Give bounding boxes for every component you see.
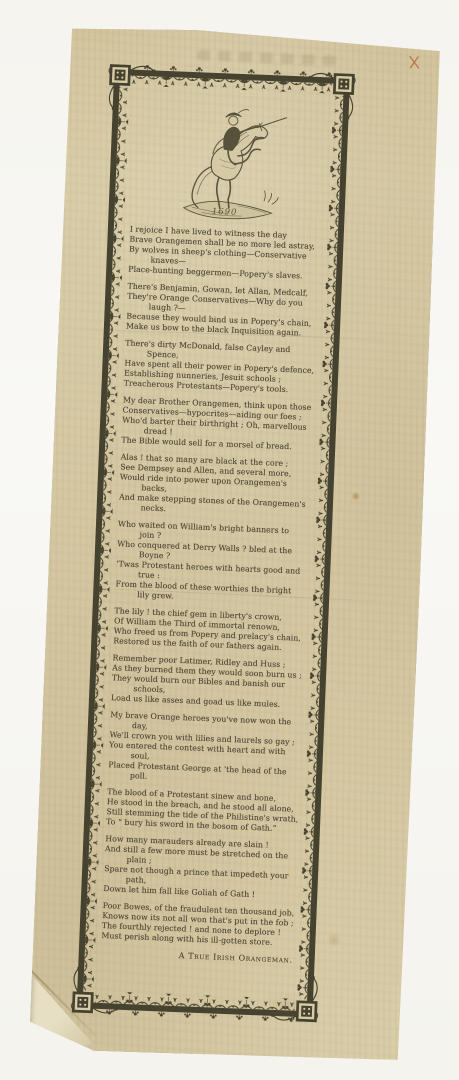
broadside-sheet: 1690 I rejoice I have lived to witness t… bbox=[29, 25, 442, 1063]
red-x-mark bbox=[407, 55, 421, 71]
stanza: My dear Brother Orangemen, think upon th… bbox=[121, 395, 337, 454]
stanza: There's dirty McDonald, false Cayley and… bbox=[123, 338, 339, 397]
stanza: The lily ! the chief gem in liberty's cr… bbox=[113, 606, 328, 655]
stanza: Alas ! that so many are black at the cor… bbox=[118, 452, 334, 521]
stanza: I rejoice I have lived to witness the da… bbox=[128, 225, 344, 284]
scanned-broadside-image: 1690 I rejoice I have lived to witness t… bbox=[0, 0, 459, 1080]
william-horseman-engraving: 1690 bbox=[164, 85, 296, 230]
stanza: The blood of a Protestant sinew and bone… bbox=[106, 787, 321, 836]
foxing-stain bbox=[326, 932, 342, 948]
stanza: Remember poor Latimer, Ridley and Huss ;… bbox=[111, 653, 327, 712]
stanza: My brave Orange heroes you've now won th… bbox=[108, 710, 325, 789]
show-through-marks bbox=[197, 50, 337, 66]
stanza: There's Benjamin, Gowan, let Allan, Medc… bbox=[126, 282, 342, 341]
stanza: How many marauders already are slain !An… bbox=[103, 834, 319, 903]
stanza: Who waited on William's bright banners t… bbox=[115, 519, 332, 608]
poem-text: I rejoice I have lived to witness the da… bbox=[101, 225, 344, 966]
foxing-stain bbox=[351, 492, 360, 501]
stanza: Poor Bowes, of the fraudulent ten thousa… bbox=[101, 901, 316, 950]
